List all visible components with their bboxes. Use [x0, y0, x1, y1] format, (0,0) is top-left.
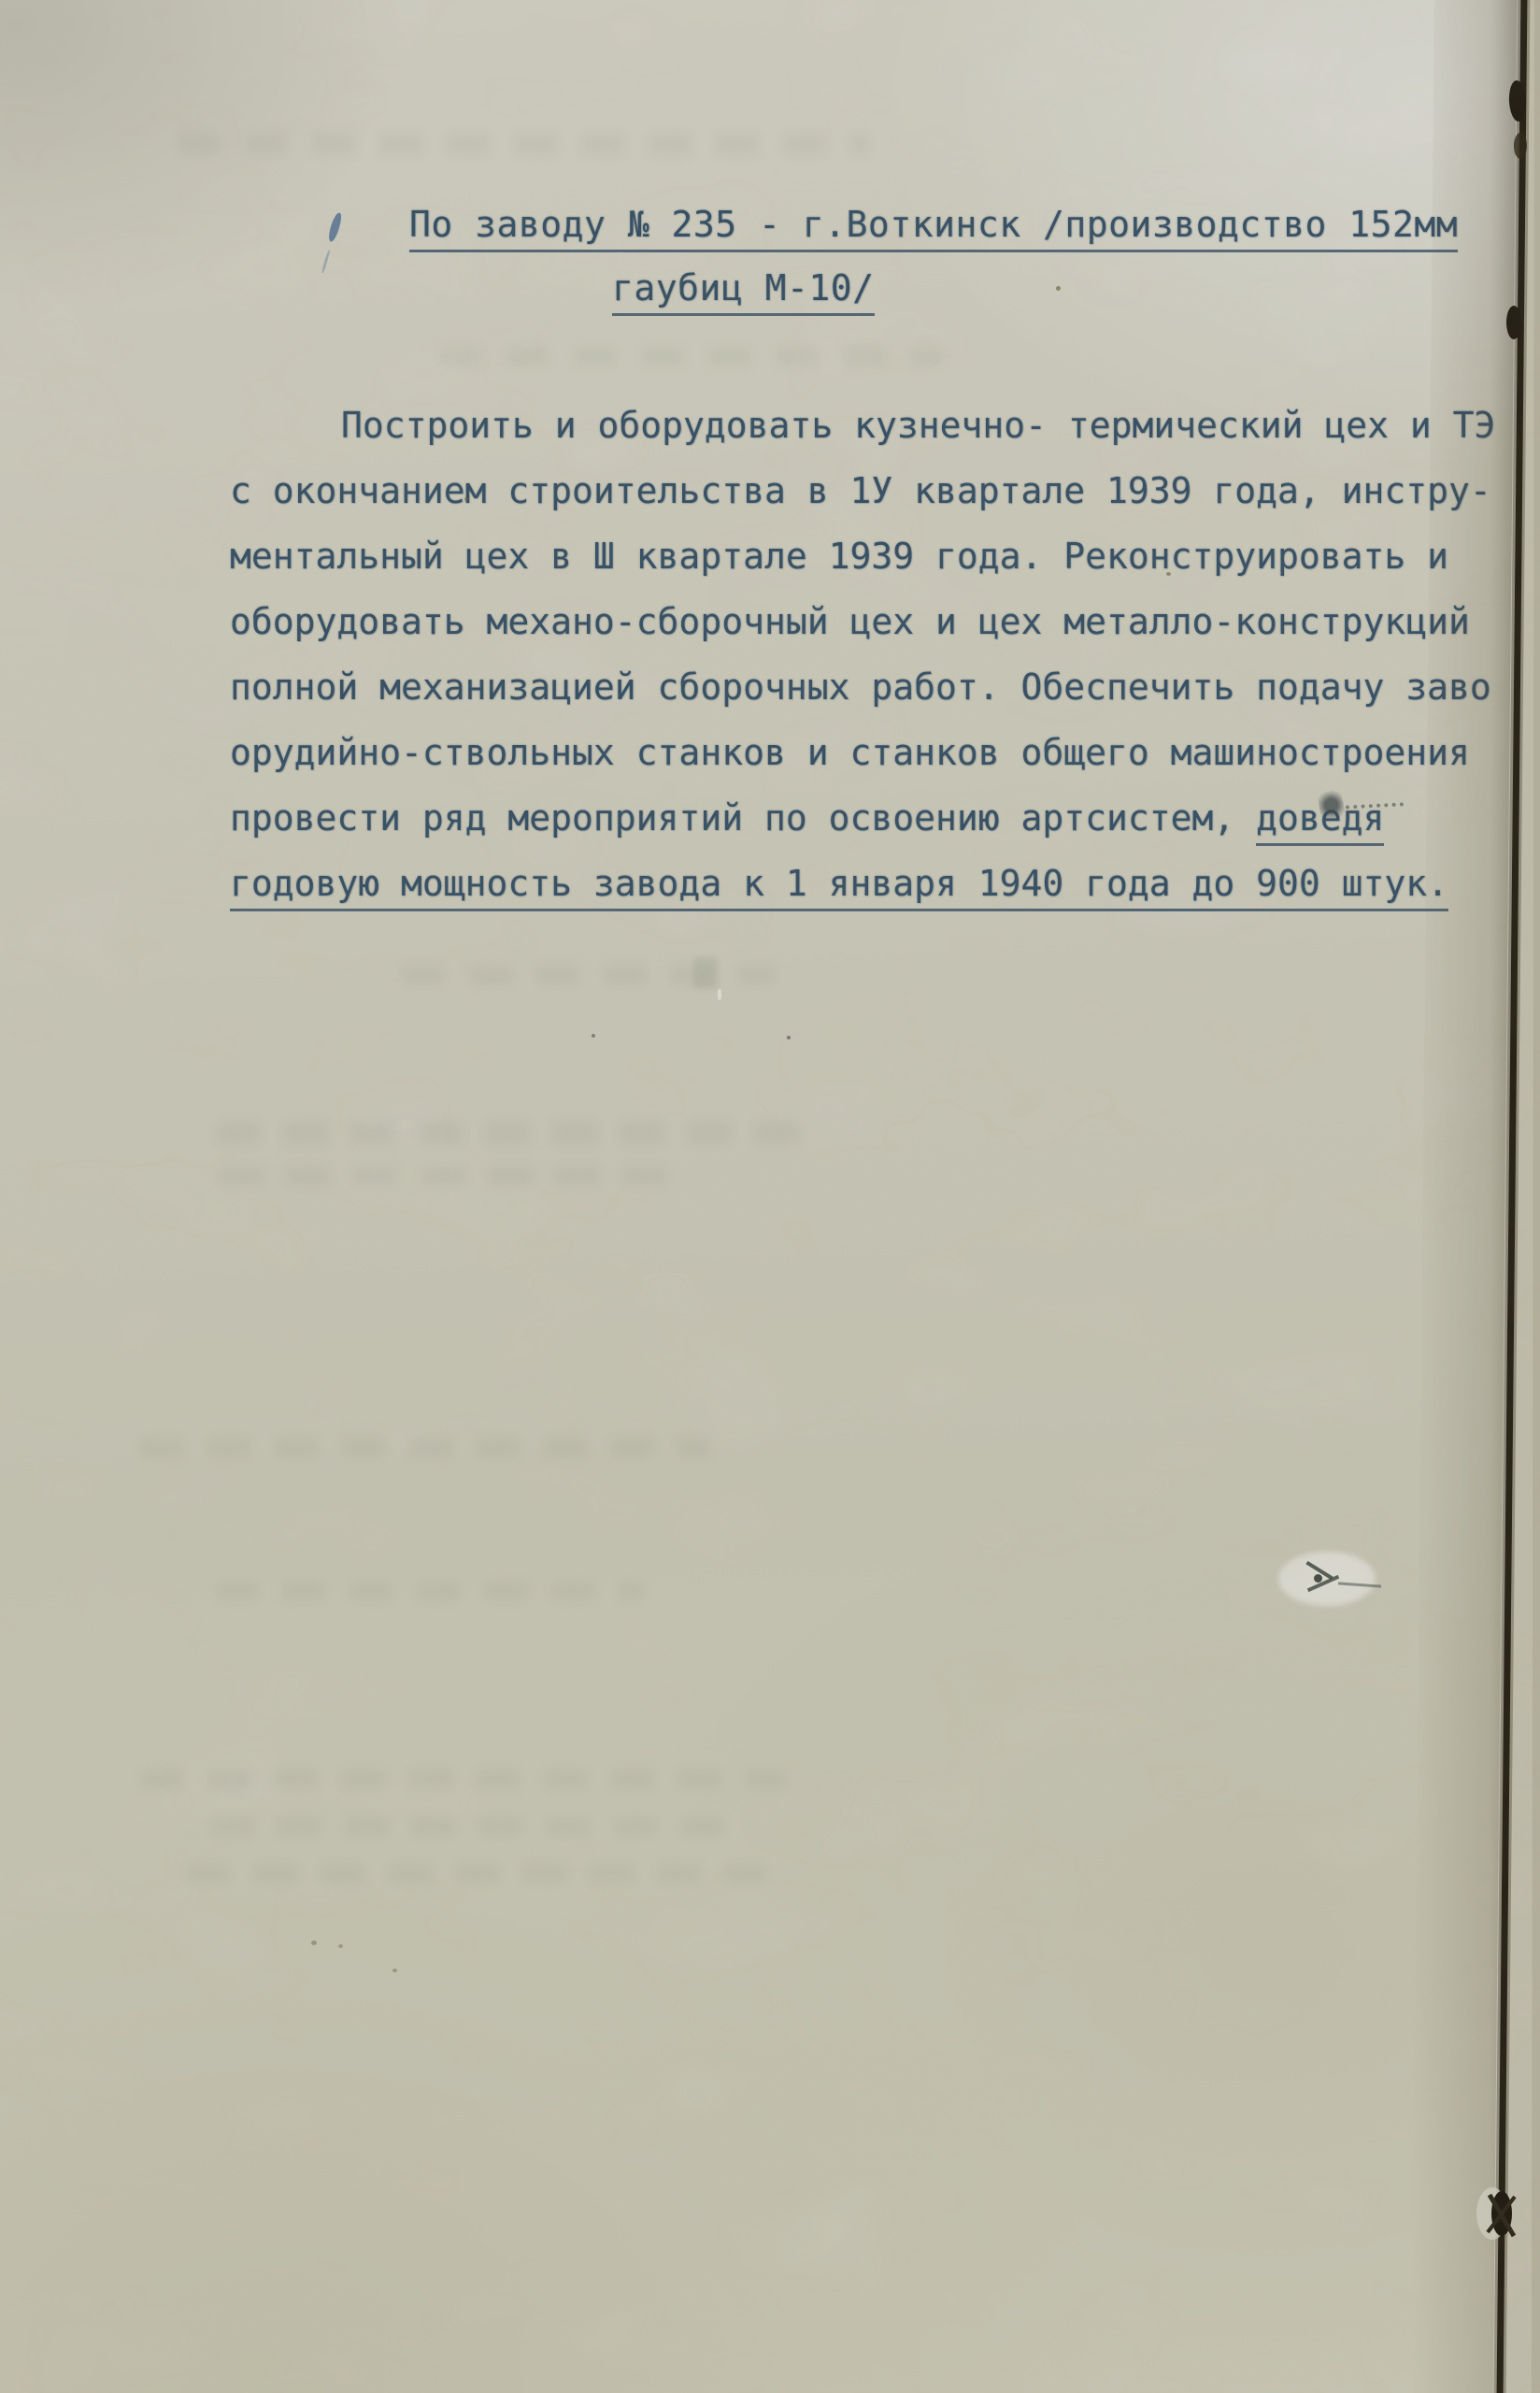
page-fold-shadow	[1411, 0, 1527, 2393]
thread-knot-halo	[1476, 2187, 1508, 2240]
document-title-line2: гаубиц М-10/	[612, 267, 875, 308]
underlined-text: годовую мощность завода к 1 января 1940 …	[230, 863, 1448, 911]
document-paragraph: Построить и оборудовать кузнечно- термич…	[230, 393, 1512, 916]
paper-speck	[787, 1036, 791, 1039]
bleedthrough-mark	[210, 1817, 724, 1836]
paper-speck	[1056, 286, 1061, 291]
line-text: оборудовать механо-сборочный цех и цех м…	[230, 601, 1470, 642]
binding-thread-shadow	[1500, 0, 1524, 2393]
thread-stub	[1490, 2195, 1514, 2236]
line-text: провести ряд мероприятий по освоению арт…	[230, 797, 1256, 838]
thread-knot	[1506, 306, 1521, 339]
thread-knot	[1491, 2191, 1512, 2236]
thread-stub	[1488, 2197, 1515, 2232]
paragraph-line: полной механизацией сборочных работ. Обе…	[230, 654, 1512, 720]
binding-thread	[1500, 0, 1524, 2393]
title-text: гаубиц М-10/	[612, 267, 875, 316]
bleedthrough-mark	[439, 346, 944, 366]
paragraph-line: оборудовать механо-сборочный цех и цех м…	[230, 589, 1512, 654]
line-text: с окончанием строительства в 1У квартале…	[230, 470, 1491, 511]
paper-speck	[392, 1969, 397, 1972]
paragraph-line: орудийно-ствольных станков и станков общ…	[230, 720, 1512, 785]
thread-knot	[1514, 133, 1527, 159]
paragraph-line: годовую мощность завода к 1 января 1940 …	[230, 851, 1512, 916]
bleedthrough-mark	[215, 1582, 645, 1600]
bleedthrough-mark	[693, 957, 718, 989]
bleedthrough-mark	[220, 1167, 687, 1185]
thread-knot	[1508, 80, 1527, 122]
paper-speck	[1166, 572, 1171, 576]
bleedthrough-mark	[140, 1438, 710, 1458]
paper-speck	[338, 1944, 343, 1948]
paragraph-line: ментальный цех в Ш квартале 1939 года. Р…	[230, 523, 1512, 589]
document-title-line1: По заводу № 235 - г.Воткинск /производст…	[409, 204, 1458, 245]
document-page: По заводу № 235 - г.Воткинск /производст…	[0, 0, 1540, 2393]
next-page-edge	[1503, 0, 1540, 2393]
title-text: По заводу № 235 - г.Воткинск /производст…	[409, 204, 1458, 252]
ink-tick-mark	[327, 211, 343, 242]
fold-highlight	[1495, 0, 1519, 2393]
ink-smudge	[1314, 1574, 1322, 1583]
line-text: орудийно-ствольных станков и станков общ…	[230, 732, 1470, 773]
paragraph-line: Построить и оборудовать кузнечно- термич…	[230, 393, 1512, 458]
paragraph-line: с окончанием строительства в 1У квартале…	[230, 458, 1512, 523]
paper-fiber	[718, 989, 721, 1000]
paper-speck	[592, 1034, 595, 1038]
paper-speck	[464, 497, 468, 501]
bleedthrough-mark	[187, 1864, 766, 1883]
bleedthrough-mark	[140, 1769, 785, 1789]
bleedthrough-mark	[178, 133, 869, 155]
line-text: Построить и оборудовать кузнечно- термич…	[341, 405, 1495, 446]
page-outer-edge	[1532, 0, 1540, 2393]
line-text: полной механизацией сборочных работ. Обе…	[230, 666, 1491, 708]
line-text: ментальный цех в Ш квартале 1939 года. Р…	[230, 536, 1448, 577]
bleedthrough-mark	[217, 1122, 806, 1144]
bleedthrough-mark	[402, 965, 776, 985]
paper-speck	[311, 1941, 317, 1945]
